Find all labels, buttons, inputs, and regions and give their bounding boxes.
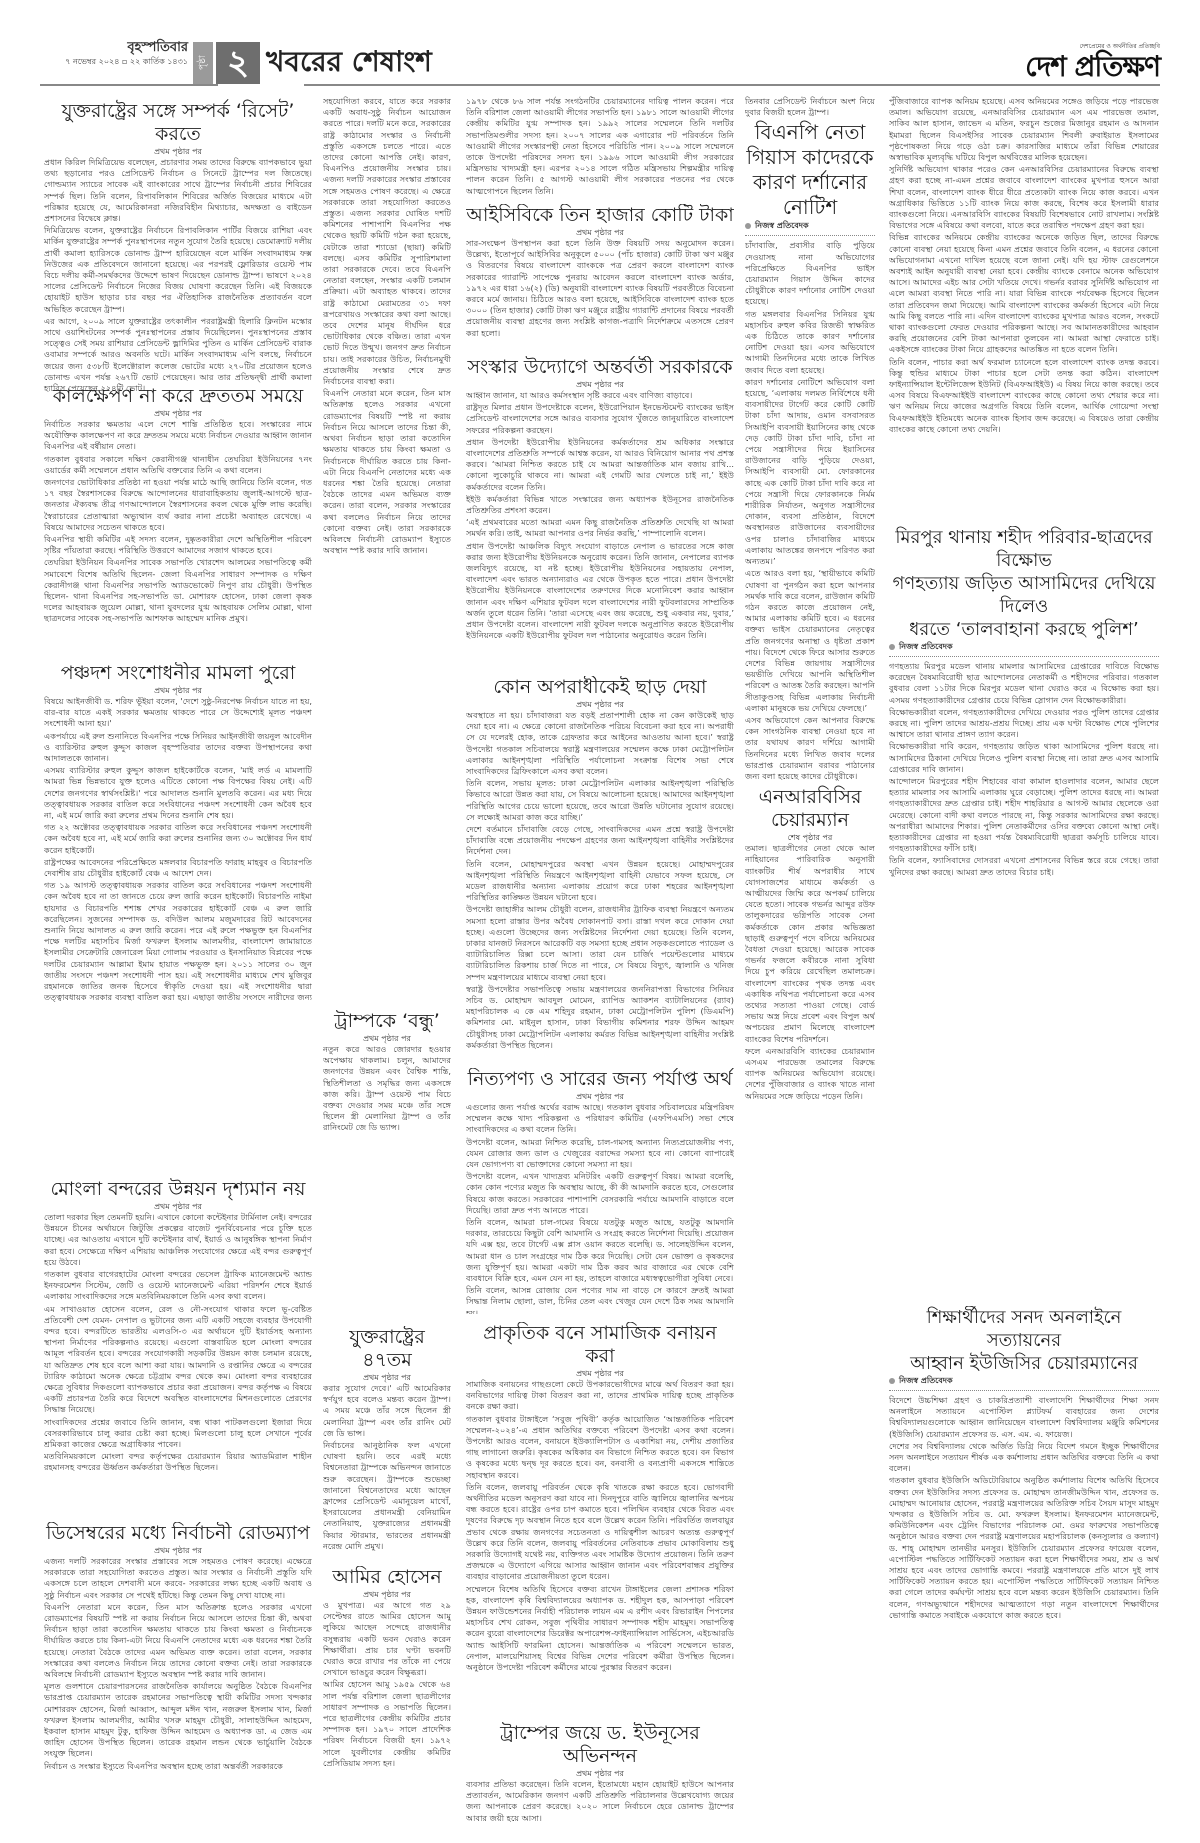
paragraph: চাঁদাবাজি, প্রবাসীর বাড়ি পুড়িয়ে দেওয়… <box>745 240 875 307</box>
continued-label: প্রথম পৃষ্ঠার পর <box>323 1033 451 1044</box>
divider <box>889 656 1159 657</box>
article-body: সার-সংক্ষেপ উপস্থাপন করা হলে তিনি উক্ত ব… <box>466 238 734 339</box>
article-body: বিষয়ে আইনজীবী ড. শরিফ ভূঁইয়া বলেন, 'দে… <box>44 696 312 1002</box>
headline: ট্রাম্পের জয়ে ড. ইউনূসের অভিনন্দন <box>466 1722 734 1768</box>
paragraph: গতকাল বুধবার ইউজিসি অডিটোরিয়ামে অনুষ্ঠি… <box>889 1475 1159 1621</box>
paragraph: আমির হোসেন আমু ১৯৫৯ থেকে ৬৪ সাল পর্যন্ত … <box>323 1679 451 1769</box>
continued-label: শেষ পৃষ্ঠার পর <box>745 832 875 843</box>
headline: মিরপুর থানায় শহীদ পরিবার-ছাত্রদের বিক্ষ… <box>889 526 1159 641</box>
header-rule <box>40 84 218 86</box>
article-body: ১৯৭৮ থেকে ৮৬ সাল পর্যন্ত সংগঠনটির চেয়ার… <box>466 96 734 197</box>
paragraph: সম্মেলনে বিশেষ অতিথি হিসেবে বক্তব্য রাখে… <box>466 1584 734 1674</box>
article-no-criminal: কোন অপরাধীকেই ছাড় দেয়া প্রথম পৃষ্ঠার প… <box>466 676 734 1080</box>
paragraph: কারণ দর্শানোর নোটিশে অভিযোগ বলা হয়েছে, … <box>745 377 875 567</box>
article-body: তমাল। ছাত্রলীগের নেতা থেকে আল নাহিয়ানের… <box>745 843 875 1102</box>
continued-label: প্রথম পৃষ্ঠার পর <box>466 1368 734 1379</box>
paragraph: বিক্ষোভকারীরা দাবি করেন, গণহত্যায় জড়িত… <box>889 741 1159 775</box>
paragraph: তমাল। ছাত্রলীগের নেতা থেকে আল নাহিয়ানের… <box>745 843 875 1045</box>
article-daily-goods: নিত্যপণ্য ও সারের জন্য পর্যাপ্ত অর্থ প্র… <box>466 1068 734 1314</box>
paragraph: উপদেষ্টা জাহাঙ্গীর আলম চৌধুরী বলেন, রাজধ… <box>466 904 734 982</box>
weekday: বৃহস্পতিবার <box>60 40 188 56</box>
paragraph: রাষ্ট্রদূত মিলার প্রধান উপদেষ্টাকে বলেন,… <box>466 402 734 436</box>
headline: শিক্ষার্থীদের সনদ অনলাইনে সত্যায়নের আহ্… <box>889 1306 1159 1375</box>
article-body: এগুলোর জন্য পর্যাপ্ত অর্থের বরাদ্দ আছে। … <box>466 1102 734 1314</box>
article-yunus-trump: ট্রাম্পের জয়ে ড. ইউনূসের অভিনন্দন প্রথম… <box>466 1722 734 1822</box>
paragraph: দিমিত্রিয়েভ বলেন, যুক্তরাষ্ট্রের নির্বা… <box>44 225 312 315</box>
paragraph: বিএনপি নেতারা মনে করেন, তিন মাস অতিক্রান… <box>44 1602 312 1680</box>
masthead: বৃহস্পতিবার ৭ নভেম্বর ২০২৪ ▫ ২২ কার্তিক … <box>0 0 1200 86</box>
headline: কালক্ষেপণ না করে দ্রুততম সময়ে <box>44 385 312 408</box>
paragraph: তিনি বলেন, জলবায়ু পরিবর্তন থেকে কৃষি খা… <box>466 1482 734 1583</box>
continued-label: প্রথম পৃষ্ঠার পর <box>466 1091 734 1102</box>
paragraph: গতকাল বুধবার বাগেরহাটের মোংলা বন্দরের ভে… <box>44 1269 312 1303</box>
continued-label: প্রথম পৃষ্ঠার পর <box>44 1545 312 1556</box>
paragraph: উপদেষ্টা বলেন, আমরা নিশ্চিত করেছি, চাল-গ… <box>466 1137 734 1171</box>
article-body: সহযোগিতা করবে, যাতে করে সরকার একটি অবাধ-… <box>323 96 451 556</box>
continued-label: প্রথম পৃষ্ঠার পর <box>44 685 312 696</box>
article-icb: আইসিবিকে তিন হাজার কোটি টাকা প্রথম পৃষ্ঠ… <box>466 204 734 354</box>
header-rule <box>304 84 1160 86</box>
continued-label: প্রথম পৃষ্ঠার পর <box>466 379 734 390</box>
article-body: নির্বাচিত সরকার ক্ষমতায় এলে দেশে শান্তি… <box>44 419 312 625</box>
page-label: পৃষ্ঠা <box>193 42 213 84</box>
paragraph: তিনি বলেন, ফ্যাসিবাদের দোসররা এখনো প্রশা… <box>889 855 1159 877</box>
paragraph: গত ২২ অক্টোবর তত্ত্বাবধায়ক সরকার বাতিল … <box>44 822 312 856</box>
paragraph: ও মুখপাত্র। এর আগে গত ২৯ সেপ্টেম্বর রাতে… <box>323 1600 451 1678</box>
paragraph: বিভিন্ন ব্যাংকের অনিয়মে কেন্দ্রীয় ব্যা… <box>889 232 1159 355</box>
paragraph: নতুন করে আরও জোরদার হওয়ার অপেক্ষায় থাক… <box>323 1044 451 1134</box>
paragraph: নির্বাচন ও সংস্কার ইস্যুতে বিএনপির অবস্থ… <box>44 1761 312 1772</box>
divider <box>745 235 875 236</box>
article-fastest-time: কালক্ষেপণ না করে দ্রুততম সময়ে প্রথম পৃষ… <box>44 385 312 626</box>
article-roadmap: ডিসেম্বরের মধ্যে নির্বাচনী রোডম্যাপ প্রথ… <box>44 1522 312 1822</box>
paragraph: ব্যবসার প্রতিভা করেছেন। তিনি বলেন, ইতোমধ… <box>466 1779 734 1822</box>
headline: কোন অপরাধীকেই ছাড় দেয়া <box>466 676 734 699</box>
paragraph: বিক্ষোভকারীরা বলেন, গণহত্যাকারীদের দেখিয… <box>889 707 1159 741</box>
article-body: গণহত্যায় মিরপুর মডেল থানায় মামলার আসাম… <box>889 661 1159 878</box>
byline-text: নিজস্ব প্রতিবেদক <box>899 642 953 651</box>
paragraph: নির্বাচিত সরকার ক্ষমতায় এলে দেশে শান্তি… <box>44 419 312 453</box>
paragraph: প্রধান উপদেষ্টা আঞ্চলিক বিদ্যুৎ সংযোগ বা… <box>466 541 734 642</box>
article-mirpur: মিরপুর থানায় শহীদ পরিবার-ছাত্রদের বিক্ষ… <box>889 526 1159 1296</box>
paragraph: গতকাল বুধবার টাঙ্গাইলে ‘সবুজ পৃথিবী’ কর্… <box>466 1414 734 1481</box>
headline-line: শিক্ষার্থীদের সনদ অনলাইনে সত্যায়নের <box>889 1306 1159 1352</box>
paragraph: দেশে বর্তমানে চাঁদাবাজি বেড়ে গেছে, সাংব… <box>466 824 734 858</box>
article-fifteenth-amendment: পঞ্চদশ সংশোধনীর মামলা পুরো প্রথম পৃষ্ঠার… <box>44 662 312 1002</box>
paragraph: সহযোগিতা করবে, যাতে করে সরকার একটি অবাধ-… <box>323 96 451 387</box>
paragraph: জনগণের ভোটাধিকার প্রতিষ্ঠা না হওয়া পর্য… <box>44 477 312 533</box>
article-body: ব্যবসার প্রতিভা করেছেন। তিনি বলেন, ইতোমধ… <box>466 1779 734 1822</box>
headline: যুক্তরাষ্ট্রের সঙ্গে সম্পর্ক ‘রিসেট’ করত… <box>44 100 312 146</box>
paragraph: সাংবাদিকদের প্রশ্নের জবাবে তিনি জানান, ব… <box>44 1417 312 1451</box>
paragraph: আহ্বান জানান, যা আরও কর্মসংস্থান সৃষ্টি … <box>466 390 734 401</box>
divider <box>889 1390 1159 1391</box>
headline: সংস্কার উদ্যোগে অন্তর্বর্তী সরকারকে <box>466 356 734 379</box>
continued-label: প্রথম পৃষ্ঠার পর <box>323 1589 451 1600</box>
paragraph: ১৯৭৮ থেকে ৮৬ সাল পর্যন্ত সংগঠনটির চেয়ার… <box>466 96 734 197</box>
headline-line: গণহত্যায় জড়িত আসামিদের দেখিয়ে দিলেও <box>889 572 1159 618</box>
article-body: চাঁদাবাজি, প্রবাসীর বাড়ি পুড়িয়ে দেওয়… <box>745 240 875 782</box>
continued-label: প্রথম পৃষ্ঠার পর <box>323 1372 451 1383</box>
paragraph: তিনি বলেন, পাচার করা অর্থ ফরমাল চ্যানেলে… <box>889 357 1159 435</box>
paragraph: গত মঙ্গলবার বিএনপির সিনিয়র যুগ্ম মহাসচি… <box>745 309 875 376</box>
paragraph: ইইউ কর্মকর্তারা বিভিন্ন খাতে সংস্কারের জ… <box>466 494 734 516</box>
article-body: করার সুযোগ দেবে।' এটি আমেরিকার স্বর্ণযুগ… <box>323 1383 451 1552</box>
paragraph: সার-সংক্ষেপ উপস্থাপন করা হলে তিনি উক্ত ব… <box>466 238 734 339</box>
paragraph: এজন্য দলটি সরকারের সংস্কার প্রস্তাবের সঙ… <box>44 1556 312 1601</box>
paragraph: তোলা দরকার ছিল তেমনটি হয়নি। এখানে কোনো … <box>44 1212 312 1268</box>
headline: প্রাকৃতিক বনে সামাজিক বনায়ন করা <box>466 1322 734 1368</box>
article-body: প্রধান কিরিল দিমিত্রিয়েভ বলেছেন, প্রচার… <box>44 157 312 394</box>
article-body: পুঁজিবাজারে ব্যাপক অনিয়ম হয়েছে। এসব অন… <box>889 96 1159 435</box>
date-block: বৃহস্পতিবার ৭ নভেম্বর ২০২৪ ▫ ২২ কার্তিক … <box>60 40 188 68</box>
bullet-icon <box>889 1378 895 1384</box>
paragraph: রাষ্ট্রপক্ষের আবেদনের পরিপ্রেক্ষিতে মঙ্গ… <box>44 857 312 879</box>
paragraph: গতকাল বুধবার সকালে দক্ষিণ কেরানীগঞ্জ থান… <box>44 454 312 476</box>
paragraph: স্বরাষ্ট্র উপদেষ্টার সভাপতিত্বে সভায় মন… <box>466 984 734 1051</box>
paragraph: এসময় ব্যারিস্টার রুহুল কুদ্দুস কাজল হাই… <box>44 765 312 821</box>
article-body: নতুন করে আরও জোরদার হওয়ার অপেক্ষায় থাক… <box>323 1044 451 1134</box>
paragraph: সামাজিক বনায়নের গাছগুলো কেটে উপকারভোগীদ… <box>466 1379 734 1413</box>
paragraph: মূলত গুলশানে চেয়ারপারসনের রাজনৈতিক কার্… <box>44 1681 312 1759</box>
headline: ট্রাম্পকে ‘বন্ধু’ <box>323 1010 451 1033</box>
headline: আইসিবিকে তিন হাজার কোটি টাকা <box>466 204 734 227</box>
paragraph: আন্দোলনে মিরপুরের শহীদ শিহাবের বাবা কামা… <box>889 776 1159 854</box>
article-us-47th: যুক্তরাষ্ট্রের ৪৭তম প্রথম পৃষ্ঠার পর করা… <box>323 1326 451 1566</box>
paragraph: পুঁজিবাজারে ব্যাপক অনিয়ম হয়েছে। এসব অন… <box>889 96 1159 163</box>
article-nrbc-continued: পুঁজিবাজারে ব্যাপক অনিয়ম হয়েছে। এসব অন… <box>889 96 1159 456</box>
lead-text: তিনবার প্রেসিডেন্ট নির্বাচনে অংশ নিয়ে দ… <box>745 96 875 118</box>
byline-text: নিজস্ব প্রতিবেদক <box>899 1376 953 1385</box>
section-title: খবরের শেষাংশ <box>266 42 432 82</box>
article-trump-friend: ট্রাম্পকে ‘বন্ধু’ প্রথম পৃষ্ঠার পর নতুন … <box>323 1010 451 1198</box>
article-ugc: শিক্ষার্থীদের সনদ অনলাইনে সত্যায়নের আহ্… <box>889 1306 1159 1826</box>
paragraph: নির্বাচনের আনুষ্ঠানিক ফল এখনো ঘোষণা হয়ন… <box>323 1440 451 1552</box>
headline: পঞ্চদশ সংশোধনীর মামলা পুরো <box>44 662 312 685</box>
headline: বিএনপি নেতা গিয়াস কাদেরকে কারণ দর্শানোর… <box>745 120 875 220</box>
paragraph: এসব অভিযোগে কেন আপনার বিরুদ্ধে কেন সাংগঠ… <box>745 715 875 782</box>
paragraph: মতবিনিময়কালে মোংলা বন্দর কর্তৃপক্ষের চে… <box>44 1451 312 1473</box>
paragraph: তিনি বলেন, আমরা চাল-গমের বিষয়ে যতটুকু ম… <box>466 1217 734 1284</box>
article-body: আহ্বান জানান, যা আরও কর্মসংস্থান সৃষ্টি … <box>466 390 734 641</box>
paragraph: একপর্যায়ে এই রুল শুনানিতে বিএনপির পক্ষে… <box>44 731 312 765</box>
paragraph: করার সুযোগ দেবে।' এটি আমেরিকার স্বর্ণযুগ… <box>323 1383 451 1439</box>
paragraph: গত ১৯ আগস্ট তত্ত্বাবধায়ক সরকার বাতিল কর… <box>44 880 312 1002</box>
paragraph: ফলে এনআরবিসি ব্যাংকের চেয়ারম্যান এসএম প… <box>745 1046 875 1102</box>
paragraph: এগুলোর জন্য পর্যাপ্ত অর্থের বরাদ্দ আছে। … <box>466 1102 734 1136</box>
headline-line: ধরতে ‘তালবাহানা করছে পুলিশ’ <box>889 618 1159 641</box>
article-social-forestry: প্রাকৃতিক বনে সামাজিক বনায়ন করা প্রথম প… <box>466 1322 734 1712</box>
headline: মোংলা বন্দরের উন্নয়ন দৃশ্যমান নয় <box>44 1178 312 1201</box>
headline: এনআরবিসির চেয়ারম্যান <box>745 786 875 832</box>
newspaper-logo: দেশপ্রেমের ও অর্থনীতির প্রতিচ্ছবি দেশ প্… <box>1025 42 1160 83</box>
article-col2-continuation: সহযোগিতা করবে, যাতে করে সরকার একটি অবাধ-… <box>323 96 451 1106</box>
paragraph: তিনি বলেন, আসন্ন রোজায় যেন পণ্যের দাম ন… <box>466 1285 734 1314</box>
paragraph: তিনি বলেন, মোহাম্মদপুরের অবস্থা এখন উন্ন… <box>466 859 734 904</box>
continued-label: প্রথম পৃষ্ঠার পর <box>44 408 312 419</box>
paragraph: সুনির্দিষ্ট অভিযোগ থাকার পরেও কেন এনআরবি… <box>889 164 1159 231</box>
article-us-reset: যুক্তরাষ্ট্রের সঙ্গে সম্পর্ক ‘রিসেট’ করত… <box>44 100 312 395</box>
paragraph: ‘এই প্রথমবারের মতো আমরা এমন কিছু রাজনৈতি… <box>466 517 734 539</box>
paragraph: তিনি বলেন, সভায় মূলত: ঢাকা মেট্রোপলিটন … <box>466 778 734 823</box>
article-reform-interim: সংস্কার উদ্যোগে অন্তর্বর্তী সরকারকে প্রথ… <box>466 356 734 664</box>
paragraph: বিষয়ে আইনজীবী ড. শরিফ ভূঁইয়া বলেন, 'দে… <box>44 696 312 730</box>
article-amir-hossain: আমির হোসেন প্রথম পৃষ্ঠার পর ও মুখপাত্র। … <box>323 1566 451 1826</box>
paragraph: এম সাখাওয়াত হোসেন বলেন, রেল ও নৌ-সংযোগ … <box>44 1304 312 1416</box>
paragraph: বিএনপি নেতারা মনে করেন, তিন মাস অতিক্রান… <box>323 388 451 556</box>
article-body: অবস্থাতে না হয়। চাঁদাবাজরা যত বড়ই প্রত… <box>466 710 734 1051</box>
logo-brand: দেশ প্রতিক্ষণ <box>1025 51 1160 83</box>
paragraph: বিদেশে উচ্চশিক্ষা গ্রহণ ও চাকরিপ্রত্যাশী… <box>889 1395 1159 1440</box>
continued-label: প্রথম পৃষ্ঠার পর <box>466 227 734 238</box>
bullet-icon <box>745 223 751 229</box>
continued-label: প্রথম পৃষ্ঠার পর <box>466 1768 734 1779</box>
article-body: তোলা দরকার ছিল তেমনটি হয়নি। এখানে কোনো … <box>44 1212 312 1474</box>
paragraph: দেশের সব বিশ্ববিদ্যালয় থেকে অর্জিত ডিগ্… <box>889 1441 1159 1475</box>
paragraph: অবস্থাতে না হয়। চাঁদাবাজরা যত বড়ই প্রত… <box>466 710 734 777</box>
paragraph: এর আগে, ২০০৯ সালে যুক্তরাষ্ট্রের তৎকালীন… <box>44 316 312 394</box>
article-body: এজন্য দলটি সরকারের সংস্কার প্রস্তাবের সঙ… <box>44 1556 312 1772</box>
paragraph: তেঘরিয়া ইউনিয়ন বিএনপির সাবেক সভাপতি খো… <box>44 557 312 624</box>
headline: যুক্তরাষ্ট্রের ৪৭তম <box>323 1326 451 1372</box>
continued-label: প্রথম পৃষ্ঠার পর <box>44 1201 312 1212</box>
article-bnp-giyas: তিনবার প্রেসিডেন্ট নির্বাচনে অংশ নিয়ে দ… <box>745 96 875 1826</box>
issue-date: ৭ নভেম্বর ২০২৪ ▫ ২২ কার্তিক ১৪৩১ <box>60 56 188 68</box>
headline: নিত্যপণ্য ও সারের জন্য পর্যাপ্ত অর্থ <box>466 1068 734 1091</box>
article-body: বিদেশে উচ্চশিক্ষা গ্রহণ ও চাকরিপ্রত্যাশী… <box>889 1395 1159 1621</box>
byline: নিজস্ব প্রতিবেদক <box>745 220 875 232</box>
headline: ডিসেম্বরের মধ্যে নির্বাচনী রোডম্যাপ <box>44 1522 312 1545</box>
headline-line: আহ্বান ইউজিসির চেয়ারম্যানের <box>889 1352 1159 1375</box>
continued-label: প্রথম পৃষ্ঠার পর <box>44 146 312 157</box>
paragraph: প্রধান উপদেষ্টা ইউরোপীয় ইউনিয়নের কর্মক… <box>466 437 734 493</box>
byline: নিজস্ব প্রতিবেদক <box>889 641 1159 653</box>
paragraph: গণহত্যায় মিরপুর মডেল থানায় মামলার আসাম… <box>889 661 1159 706</box>
headline-line: মিরপুর থানায় শহীদ পরিবার-ছাত্রদের বিক্ষ… <box>889 526 1159 572</box>
article-amu-continuation: ১৯৭৮ থেকে ৮৬ সাল পর্যন্ত সংগঠনটির চেয়ার… <box>466 96 734 202</box>
headline: আমির হোসেন <box>323 1566 451 1589</box>
paragraph: উপদেষ্টা বলেন, এখন খাদ্যদ্রব্য মনিটরিং এ… <box>466 1171 734 1216</box>
article-mongla-port: মোংলা বন্দরের উন্নয়ন দৃশ্যমান নয় প্রথম… <box>44 1178 312 1516</box>
byline-text: নিজস্ব প্রতিবেদক <box>755 221 809 230</box>
article-body: ও মুখপাত্র। এর আগে গত ২৯ সেপ্টেম্বর রাতে… <box>323 1600 451 1769</box>
paragraph: বিএনপির স্থায়ী কমিটির এই সদস্য বলেন, দু… <box>44 534 312 556</box>
bullet-icon <box>889 644 895 650</box>
article-body: সামাজিক বনায়নের গাছগুলো কেটে উপকারভোগীদ… <box>466 1379 734 1673</box>
continued-label: প্রথম পৃষ্ঠার পর <box>466 699 734 710</box>
paragraph: এতে আরও বলা হয়, ‘স্থায়ীভাবে কমিটি ঘোষণ… <box>745 568 875 714</box>
byline: নিজস্ব প্রতিবেদক <box>889 1375 1159 1387</box>
page-number: ২ <box>216 42 260 84</box>
paragraph: প্রধান কিরিল দিমিত্রিয়েভ বলেছেন, প্রচার… <box>44 157 312 224</box>
